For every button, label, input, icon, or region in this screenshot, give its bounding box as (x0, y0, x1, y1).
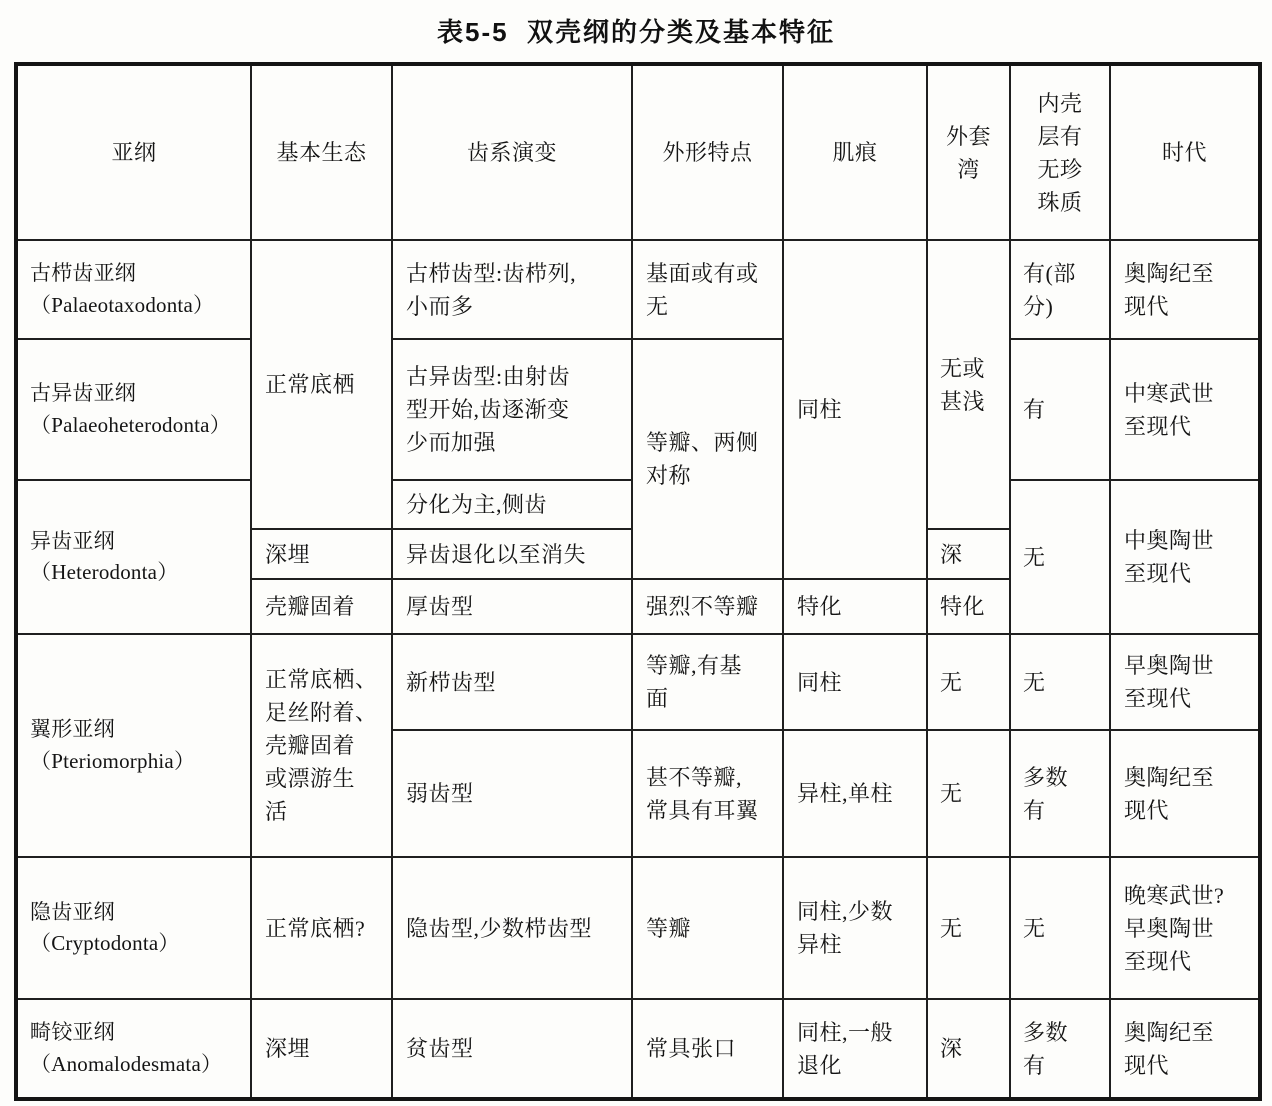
row-palaeoheterodonta: 古异齿亚纲 （Palaeoheterodonta） 古异齿型:由射齿 型开始,齿… (16, 339, 1260, 480)
cell-cryptodonta-era: 晚寒武世? 早奥陶世 至现代 (1110, 857, 1260, 999)
cell-pteriomorphia-ecology: 正常底栖、 足丝附着、 壳瓣固着 或漂游生 活 (251, 634, 392, 857)
cell-anomalodesmata-shape: 常具张口 (632, 999, 783, 1099)
cell-heterodonta-dentition-main: 分化为主,侧齿 (392, 480, 632, 529)
cell-pteriomorphia-a-shape: 等瓣,有基 面 (632, 634, 783, 730)
cell-anomalodesmata-name: 畸铰亚纲 （Anomalodesmata） (16, 999, 251, 1099)
cell-pteriomorphia-a-era: 早奥陶世 至现代 (1110, 634, 1260, 730)
cell-palaeoheterodonta-nacre: 有 (1010, 339, 1110, 480)
cell-palaeotaxodonta-dentition: 古栉齿型:齿栉列, 小而多 (392, 240, 632, 339)
cell-pteriomorphia-a-dentition: 新栉齿型 (392, 634, 632, 730)
cell-pteriomorphia-b-nacre: 多数 有 (1010, 730, 1110, 857)
cell-pteriomorphia-b-shape: 甚不等瓣, 常具有耳翼 (632, 730, 783, 857)
cell-heterodonta-sinus-deep: 深 (927, 529, 1010, 579)
header-nacre: 内壳 层有 无珍 珠质 (1010, 64, 1110, 240)
cell-cryptodonta-shape: 等瓣 (632, 857, 783, 999)
cell-pteriomorphia-name: 翼形亚纲 （Pteriomorphia） (16, 634, 251, 857)
cell-pteriomorphia-a-sinus: 无 (927, 634, 1010, 730)
cell-era-mid-ordovician: 中奥陶世 至现代 (1110, 480, 1260, 634)
cell-ecology-normal-benthic: 正常底栖 (251, 240, 392, 529)
cell-pteriomorphia-b-era: 奥陶纪至 现代 (1110, 730, 1260, 857)
cell-anomalodesmata-ecology: 深埋 (251, 999, 392, 1099)
cell-palaeoheterodonta-era: 中寒武世 至现代 (1110, 339, 1260, 480)
cell-cryptodonta-sinus: 无 (927, 857, 1010, 999)
cell-shape-equivalve-symmetric: 等瓣、两侧 对称 (632, 339, 783, 579)
header-pallial-sinus: 外套 湾 (927, 64, 1010, 240)
cell-muscle-isomyarian: 同柱 (783, 240, 927, 579)
cell-anomalodesmata-sinus: 深 (927, 999, 1010, 1099)
row-pteriomorphia-a: 翼形亚纲 （Pteriomorphia） 正常底栖、 足丝附着、 壳瓣固着 或漂… (16, 634, 1260, 730)
bivalvia-classification-table: 亚纲 基本生态 齿系演变 外形特点 肌痕 外套 湾 内壳 层有 无珍 珠质 时代… (14, 62, 1262, 1101)
cell-nacre-none: 无 (1010, 480, 1110, 634)
cell-palaeotaxodonta-era: 奥陶纪至 现代 (1110, 240, 1260, 339)
row-cryptodonta: 隐齿亚纲 （Cryptodonta） 正常底栖? 隐齿型,少数栉齿型 等瓣 同柱… (16, 857, 1260, 999)
cell-cryptodonta-muscle: 同柱,少数 异柱 (783, 857, 927, 999)
cell-cryptodonta-name: 隐齿亚纲 （Cryptodonta） (16, 857, 251, 999)
cell-heterodonta-ecology-deep: 深埋 (251, 529, 392, 579)
cell-anomalodesmata-era: 奥陶纪至 现代 (1110, 999, 1260, 1099)
header-subclass: 亚纲 (16, 64, 251, 240)
scanned-page: 表5-5 双壳纲的分类及基本特征 亚纲 基本生态 齿系演变 外形特点 肌痕 外套… (0, 0, 1272, 1106)
header-ecology: 基本生态 (251, 64, 392, 240)
cell-palaeotaxodonta-shape: 基面或有或 无 (632, 240, 783, 339)
cell-heterodonta-dentition-attached: 厚齿型 (392, 579, 632, 634)
cell-pteriomorphia-b-muscle: 异柱,单柱 (783, 730, 927, 857)
header-row: 亚纲 基本生态 齿系演变 外形特点 肌痕 外套 湾 内壳 层有 无珍 珠质 时代 (16, 64, 1260, 240)
cell-heterodonta-name: 异齿亚纲 （Heterodonta） (16, 480, 251, 634)
row-anomalodesmata: 畸铰亚纲 （Anomalodesmata） 深埋 贫齿型 常具张口 同柱,一般 … (16, 999, 1260, 1099)
header-era: 时代 (1110, 64, 1260, 240)
cell-pteriomorphia-b-sinus: 无 (927, 730, 1010, 857)
header-dentition: 齿系演变 (392, 64, 632, 240)
cell-palaeoheterodonta-name: 古异齿亚纲 （Palaeoheterodonta） (16, 339, 251, 480)
cell-palaeoheterodonta-dentition: 古异齿型:由射齿 型开始,齿逐渐变 少而加强 (392, 339, 632, 480)
table-title: 表5-5 双壳纲的分类及基本特征 (0, 12, 1272, 49)
cell-anomalodesmata-dentition: 贫齿型 (392, 999, 632, 1099)
cell-pteriomorphia-a-nacre: 无 (1010, 634, 1110, 730)
header-shape: 外形特点 (632, 64, 783, 240)
cell-heterodonta-sinus-attached: 特化 (927, 579, 1010, 634)
cell-heterodonta-dentition-deep: 异齿退化以至消失 (392, 529, 632, 579)
cell-heterodonta-shape-attached: 强烈不等瓣 (632, 579, 783, 634)
cell-anomalodesmata-muscle: 同柱,一般 退化 (783, 999, 927, 1099)
cell-sinus-none-or-shallow: 无或 甚浅 (927, 240, 1010, 529)
cell-cryptodonta-ecology: 正常底栖? (251, 857, 392, 999)
cell-palaeotaxodonta-name: 古栉齿亚纲 （Palaeotaxodonta） (16, 240, 251, 339)
row-palaeotaxodonta: 古栉齿亚纲 （Palaeotaxodonta） 正常底栖 古栉齿型:齿栉列, 小… (16, 240, 1260, 339)
cell-heterodonta-ecology-attached: 壳瓣固着 (251, 579, 392, 634)
cell-anomalodesmata-nacre: 多数 有 (1010, 999, 1110, 1099)
cell-pteriomorphia-b-dentition: 弱齿型 (392, 730, 632, 857)
header-muscle-scar: 肌痕 (783, 64, 927, 240)
cell-palaeotaxodonta-nacre: 有(部 分) (1010, 240, 1110, 339)
cell-heterodonta-muscle-attached: 特化 (783, 579, 927, 634)
cell-pteriomorphia-a-muscle: 同柱 (783, 634, 927, 730)
cell-cryptodonta-nacre: 无 (1010, 857, 1110, 999)
cell-cryptodonta-dentition: 隐齿型,少数栉齿型 (392, 857, 632, 999)
